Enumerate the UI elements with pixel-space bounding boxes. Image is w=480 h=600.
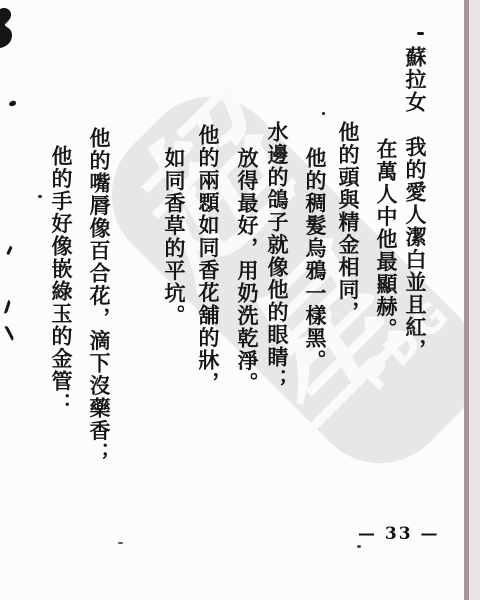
scan-artifact xyxy=(6,246,13,255)
scan-artifact xyxy=(4,300,11,314)
scan-artifact xyxy=(118,542,123,544)
scan-artifact xyxy=(417,32,424,35)
poem-line: 如同香草的平坑。 xyxy=(162,147,186,327)
poem-line: 他的頭與精金相同， xyxy=(336,121,360,324)
poem-line: 他的嘴脣像百合花，滴下沒藥香； xyxy=(87,127,111,465)
scan-artifact xyxy=(4,325,14,341)
poem-line: 他的稠髮烏鴉一樣黑。 xyxy=(303,147,327,372)
scan-artifact xyxy=(38,195,42,198)
ink-blot-artifact xyxy=(0,5,16,55)
scan-artifact xyxy=(8,100,16,107)
scan-artifact xyxy=(322,112,325,115)
scanned-page: 超 星 PDG 蘇拉女 我的愛人潔白並且紅， 在萬人中他最顯赫。 他的頭與精金相… xyxy=(0,0,480,600)
scan-artifact xyxy=(357,545,361,548)
poem-line: 在萬人中他最顯赫。 xyxy=(374,138,398,341)
poem-line: 水邊的鴿子就像他的眼睛； xyxy=(265,121,289,391)
page-number: — 33 — xyxy=(358,524,440,544)
poem-line: 他的兩顋如同香花舖的牀， xyxy=(196,124,220,394)
poem-line: 他的手好像嵌綠玉的金管： xyxy=(49,145,73,415)
poem-line: 蘇拉女 我的愛人潔白並且紅， xyxy=(403,46,427,361)
poem-line: 放得最好，用奶洗乾淨。 xyxy=(235,147,259,395)
page-edge-strip xyxy=(469,0,480,600)
